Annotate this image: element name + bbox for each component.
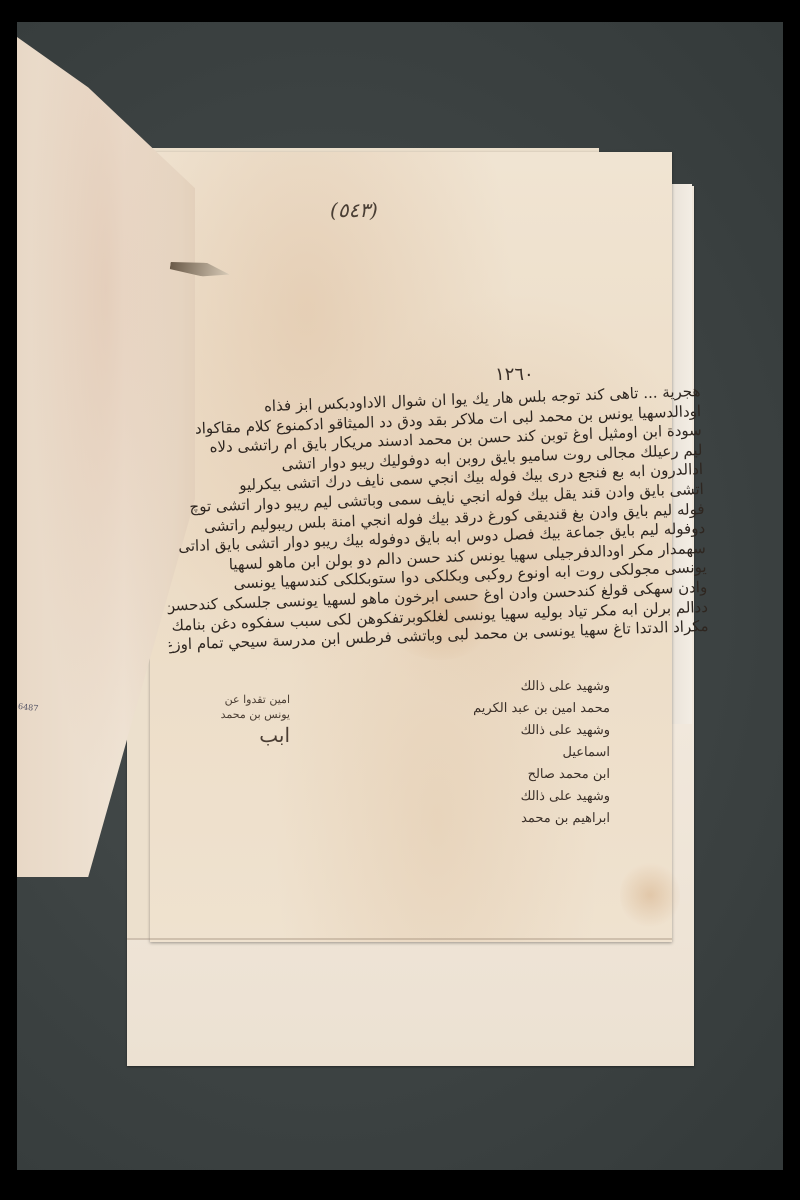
witnesses-left: امين تقدوا عن يونس بن محمد ابب bbox=[210, 692, 290, 743]
witnesses-right: وشهيد على ذالك محمد امين بن عبد الكريم و… bbox=[470, 676, 610, 830]
witness-line: وشهيد على ذالك bbox=[470, 676, 610, 698]
witness-line: يونس بن محمد bbox=[210, 707, 290, 722]
fold-line bbox=[127, 938, 672, 940]
paper-stain bbox=[620, 860, 680, 930]
witness-line: ابن محمد صالح bbox=[470, 764, 610, 786]
page-number-mark: (٥٤٣) bbox=[330, 198, 378, 222]
date-mark: ١٢٦٠ bbox=[495, 364, 534, 385]
witness-line: امين تقدوا عن bbox=[210, 692, 290, 707]
witness-line: وشهيد على ذالك bbox=[470, 786, 610, 808]
witness-line: ابراهيم بن محمد bbox=[470, 808, 610, 830]
witness-line: محمد امين بن عبد الكريم bbox=[470, 698, 610, 720]
signature: ابب bbox=[210, 728, 290, 743]
document-body: هجرية ... تاهى كند توجه بلس هار يك يوا ا… bbox=[160, 382, 709, 655]
witness-line: وشهيد على ذالك اسماعيل bbox=[470, 720, 610, 764]
